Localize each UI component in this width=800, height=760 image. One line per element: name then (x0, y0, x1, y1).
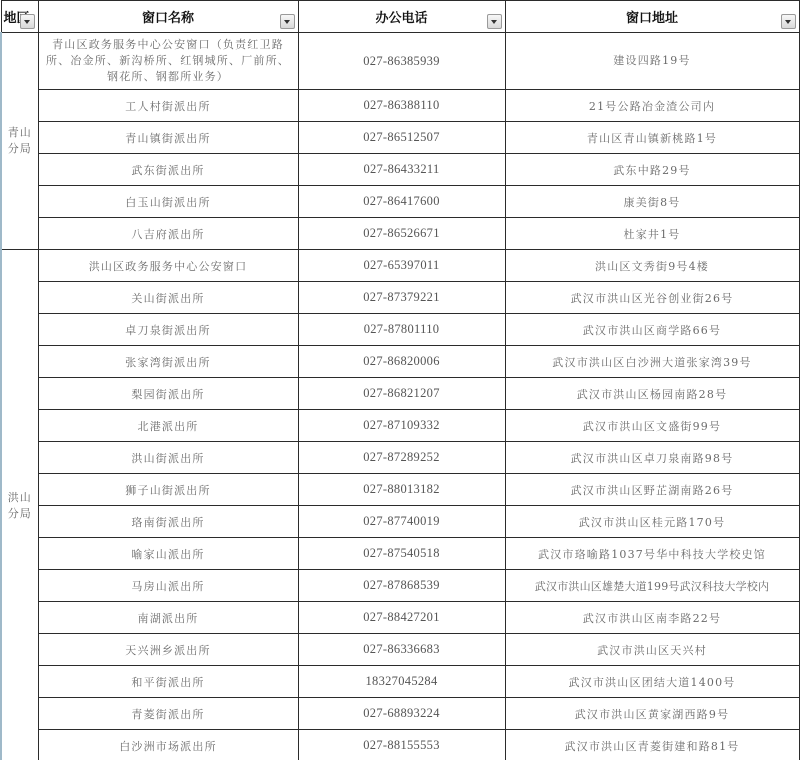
name-cell[interactable]: 武东街派出所 (38, 154, 298, 186)
name-cell[interactable]: 天兴洲乡派出所 (38, 634, 298, 666)
address-cell[interactable]: 武汉市洪山区野芷湖南路26号 (505, 474, 799, 506)
name-cell[interactable]: 白沙洲市场派出所 (38, 730, 298, 760)
address-cell[interactable]: 武汉市洪山区南李路22号 (505, 602, 799, 634)
table-row: 喻家山派出所 027-87540518 武汉市珞喻路1037号华中科技大学校史馆 (1, 538, 799, 570)
phone-cell[interactable]: 027-86417600 (298, 186, 505, 218)
table-row: 梨园街派出所 027-86821207 武汉市洪山区杨园南路28号 (1, 378, 799, 410)
header-name-label: 窗口名称 (142, 11, 194, 26)
table-row: 狮子山街派出所 027-88013182 武汉市洪山区野芷湖南路26号 (1, 474, 799, 506)
name-cell[interactable]: 洪山街派出所 (38, 442, 298, 474)
address-cell[interactable]: 武汉市洪山区桂元路170号 (505, 506, 799, 538)
filter-dropdown-icon[interactable] (487, 14, 502, 29)
address-cell[interactable]: 武汉市洪山区天兴村 (505, 634, 799, 666)
address-cell[interactable]: 武汉市洪山区团结大道1400号 (505, 666, 799, 698)
name-cell[interactable]: 洪山区政务服务中心公安窗口 (38, 250, 298, 282)
name-cell[interactable]: 梨园街派出所 (38, 378, 298, 410)
phone-cell[interactable]: 027-65397011 (298, 250, 505, 282)
region-label: 洪山分局 (7, 490, 33, 522)
table-row: 青山分局 青山区政务服务中心公安窗口（负责红卫路所、冶金所、新沟桥所、红钢城所、… (1, 33, 799, 90)
name-cell[interactable]: 张家湾街派出所 (38, 346, 298, 378)
address-cell[interactable]: 康美街8号 (505, 186, 799, 218)
name-cell[interactable]: 青菱街派出所 (38, 698, 298, 730)
phone-cell[interactable]: 027-86388110 (298, 90, 505, 122)
header-name: 窗口名称 (38, 1, 298, 33)
name-cell[interactable]: 青山镇街派出所 (38, 122, 298, 154)
phone-cell[interactable]: 027-87801110 (298, 314, 505, 346)
name-cell[interactable]: 青山区政务服务中心公安窗口（负责红卫路所、冶金所、新沟桥所、红钢城所、厂前所、钢… (38, 33, 298, 90)
address-cell[interactable]: 武汉市洪山区青菱街建和路81号 (505, 730, 799, 760)
phone-cell[interactable]: 027-86821207 (298, 378, 505, 410)
filter-dropdown-icon[interactable] (781, 14, 796, 29)
region-cell[interactable]: 洪山分局 (1, 250, 38, 760)
name-cell[interactable]: 和平街派出所 (38, 666, 298, 698)
phone-cell[interactable]: 027-86526671 (298, 218, 505, 250)
phone-cell[interactable]: 027-86385939 (298, 33, 505, 90)
name-cell[interactable]: 卓刀泉街派出所 (38, 314, 298, 346)
region-label: 青山分局 (7, 125, 33, 157)
header-address: 窗口地址 (505, 1, 799, 33)
header-phone: 办公电话 (298, 1, 505, 33)
address-cell[interactable]: 武汉市珞喻路1037号华中科技大学校史馆 (505, 538, 799, 570)
address-cell[interactable]: 武汉市洪山区白沙洲大道张家湾39号 (505, 346, 799, 378)
address-cell[interactable]: 洪山区文秀街9号4楼 (505, 250, 799, 282)
header-row: 地区 窗口名称 办公电话 窗口地址 (1, 1, 799, 33)
phone-cell[interactable]: 027-88013182 (298, 474, 505, 506)
header-address-label: 窗口地址 (626, 11, 678, 26)
name-cell[interactable]: 喻家山派出所 (38, 538, 298, 570)
police-window-table: 地区 窗口名称 办公电话 窗口地址 (0, 0, 800, 760)
phone-cell[interactable]: 027-87379221 (298, 282, 505, 314)
phone-cell[interactable]: 027-88427201 (298, 602, 505, 634)
table-row: 珞南街派出所 027-87740019 武汉市洪山区桂元路170号 (1, 506, 799, 538)
address-cell[interactable]: 武汉市洪山区卓刀泉南路98号 (505, 442, 799, 474)
table-row: 卓刀泉街派出所 027-87801110 武汉市洪山区商学路66号 (1, 314, 799, 346)
table-row: 白沙洲市场派出所 027-88155553 武汉市洪山区青菱街建和路81号 (1, 730, 799, 760)
table-row: 和平街派出所 18327045284 武汉市洪山区团结大道1400号 (1, 666, 799, 698)
phone-cell[interactable]: 027-87289252 (298, 442, 505, 474)
name-cell[interactable]: 南湖派出所 (38, 602, 298, 634)
phone-cell[interactable]: 027-87740019 (298, 506, 505, 538)
filter-dropdown-icon[interactable] (280, 14, 295, 29)
name-cell[interactable]: 关山街派出所 (38, 282, 298, 314)
address-cell[interactable]: 21号公路冶金渣公司内 (505, 90, 799, 122)
address-cell[interactable]: 武汉市洪山区雄楚大道199号武汉科技大学校内 (505, 570, 799, 602)
name-cell[interactable]: 工人村街派出所 (38, 90, 298, 122)
table-row: 张家湾街派出所 027-86820006 武汉市洪山区白沙洲大道张家湾39号 (1, 346, 799, 378)
address-cell[interactable]: 武汉市洪山区黄家湖西路9号 (505, 698, 799, 730)
name-cell[interactable]: 珞南街派出所 (38, 506, 298, 538)
filter-dropdown-icon[interactable] (20, 14, 35, 29)
phone-cell[interactable]: 027-86512507 (298, 122, 505, 154)
table-row: 武东街派出所 027-86433211 武东中路29号 (1, 154, 799, 186)
table-row: 马房山派出所 027-87868539 武汉市洪山区雄楚大道199号武汉科技大学… (1, 570, 799, 602)
table-row: 天兴洲乡派出所 027-86336683 武汉市洪山区天兴村 (1, 634, 799, 666)
spreadsheet: 地区 窗口名称 办公电话 窗口地址 (0, 0, 800, 760)
header-phone-label: 办公电话 (375, 11, 427, 26)
address-cell[interactable]: 青山区青山镇新桃路1号 (505, 122, 799, 154)
address-cell[interactable]: 武汉市洪山区杨园南路28号 (505, 378, 799, 410)
table-row: 洪山分局 洪山区政务服务中心公安窗口 027-65397011 洪山区文秀街9号… (1, 250, 799, 282)
phone-cell[interactable]: 027-87540518 (298, 538, 505, 570)
table-row: 青菱街派出所 027-68893224 武汉市洪山区黄家湖西路9号 (1, 698, 799, 730)
table-row: 南湖派出所 027-88427201 武汉市洪山区南李路22号 (1, 602, 799, 634)
address-cell[interactable]: 武东中路29号 (505, 154, 799, 186)
phone-cell[interactable]: 027-88155553 (298, 730, 505, 760)
table-row: 八吉府派出所 027-86526671 杜家井1号 (1, 218, 799, 250)
phone-cell[interactable]: 027-86433211 (298, 154, 505, 186)
name-cell[interactable]: 八吉府派出所 (38, 218, 298, 250)
table-row: 洪山街派出所 027-87289252 武汉市洪山区卓刀泉南路98号 (1, 442, 799, 474)
table-row: 北港派出所 027-87109332 武汉市洪山区文盛街99号 (1, 410, 799, 442)
phone-cell[interactable]: 027-68893224 (298, 698, 505, 730)
header-region: 地区 (1, 1, 38, 33)
region-cell[interactable]: 青山分局 (1, 33, 38, 250)
address-cell[interactable]: 武汉市洪山区商学路66号 (505, 314, 799, 346)
phone-cell[interactable]: 027-86336683 (298, 634, 505, 666)
address-cell[interactable]: 武汉市洪山区光谷创业街26号 (505, 282, 799, 314)
address-cell[interactable]: 杜家井1号 (505, 218, 799, 250)
phone-cell[interactable]: 027-87868539 (298, 570, 505, 602)
name-cell[interactable]: 北港派出所 (38, 410, 298, 442)
address-cell[interactable]: 武汉市洪山区文盛街99号 (505, 410, 799, 442)
table-row: 工人村街派出所 027-86388110 21号公路冶金渣公司内 (1, 90, 799, 122)
phone-cell[interactable]: 027-87109332 (298, 410, 505, 442)
phone-cell[interactable]: 18327045284 (298, 666, 505, 698)
name-cell[interactable]: 白玉山街派出所 (38, 186, 298, 218)
table-row: 青山镇街派出所 027-86512507 青山区青山镇新桃路1号 (1, 122, 799, 154)
address-cell[interactable]: 建设四路19号 (505, 33, 799, 90)
table-row: 白玉山街派出所 027-86417600 康美街8号 (1, 186, 799, 218)
name-cell[interactable]: 马房山派出所 (38, 570, 298, 602)
name-cell[interactable]: 狮子山街派出所 (38, 474, 298, 506)
table-row: 关山街派出所 027-87379221 武汉市洪山区光谷创业街26号 (1, 282, 799, 314)
phone-cell[interactable]: 027-86820006 (298, 346, 505, 378)
